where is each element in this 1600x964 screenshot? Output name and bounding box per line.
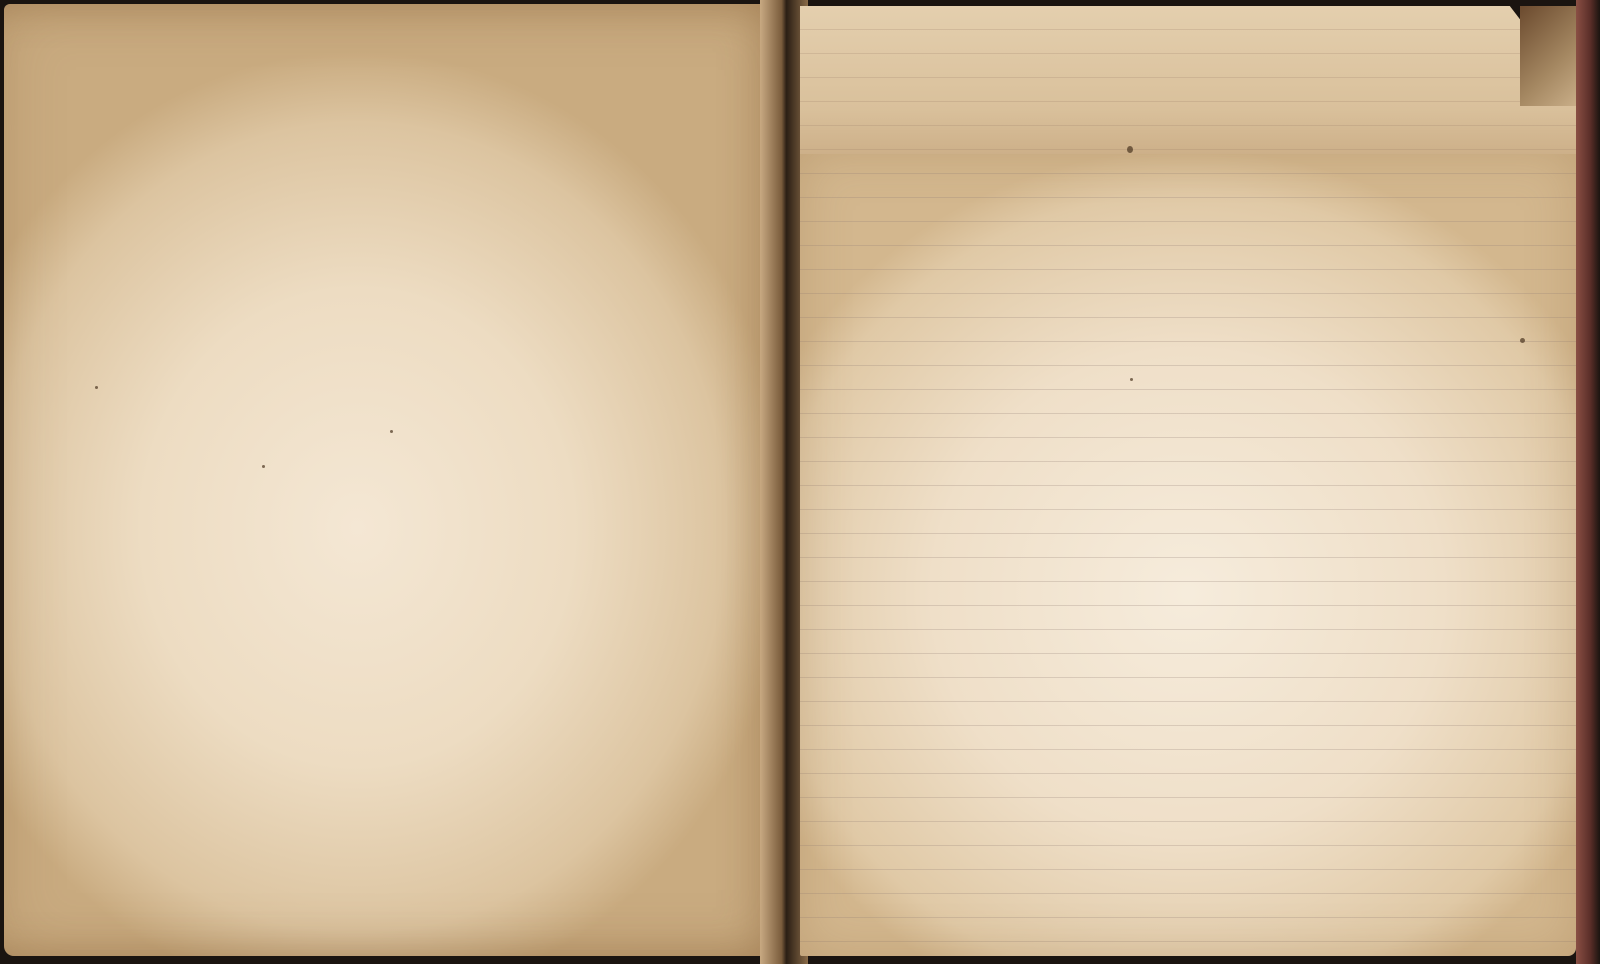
ink-speck: [1130, 378, 1133, 381]
ink-speck: [95, 386, 98, 389]
ink-speck: [390, 430, 393, 433]
folded-top-flap: [800, 6, 1580, 154]
notebook-cover-edge: [1576, 0, 1600, 964]
left-notebook-page: [4, 4, 790, 956]
right-notebook-page: [800, 150, 1576, 956]
ink-speck: [1520, 338, 1525, 343]
ink-speck: [1127, 146, 1133, 153]
folded-page-corner: [1520, 6, 1580, 106]
ink-speck: [262, 465, 265, 468]
